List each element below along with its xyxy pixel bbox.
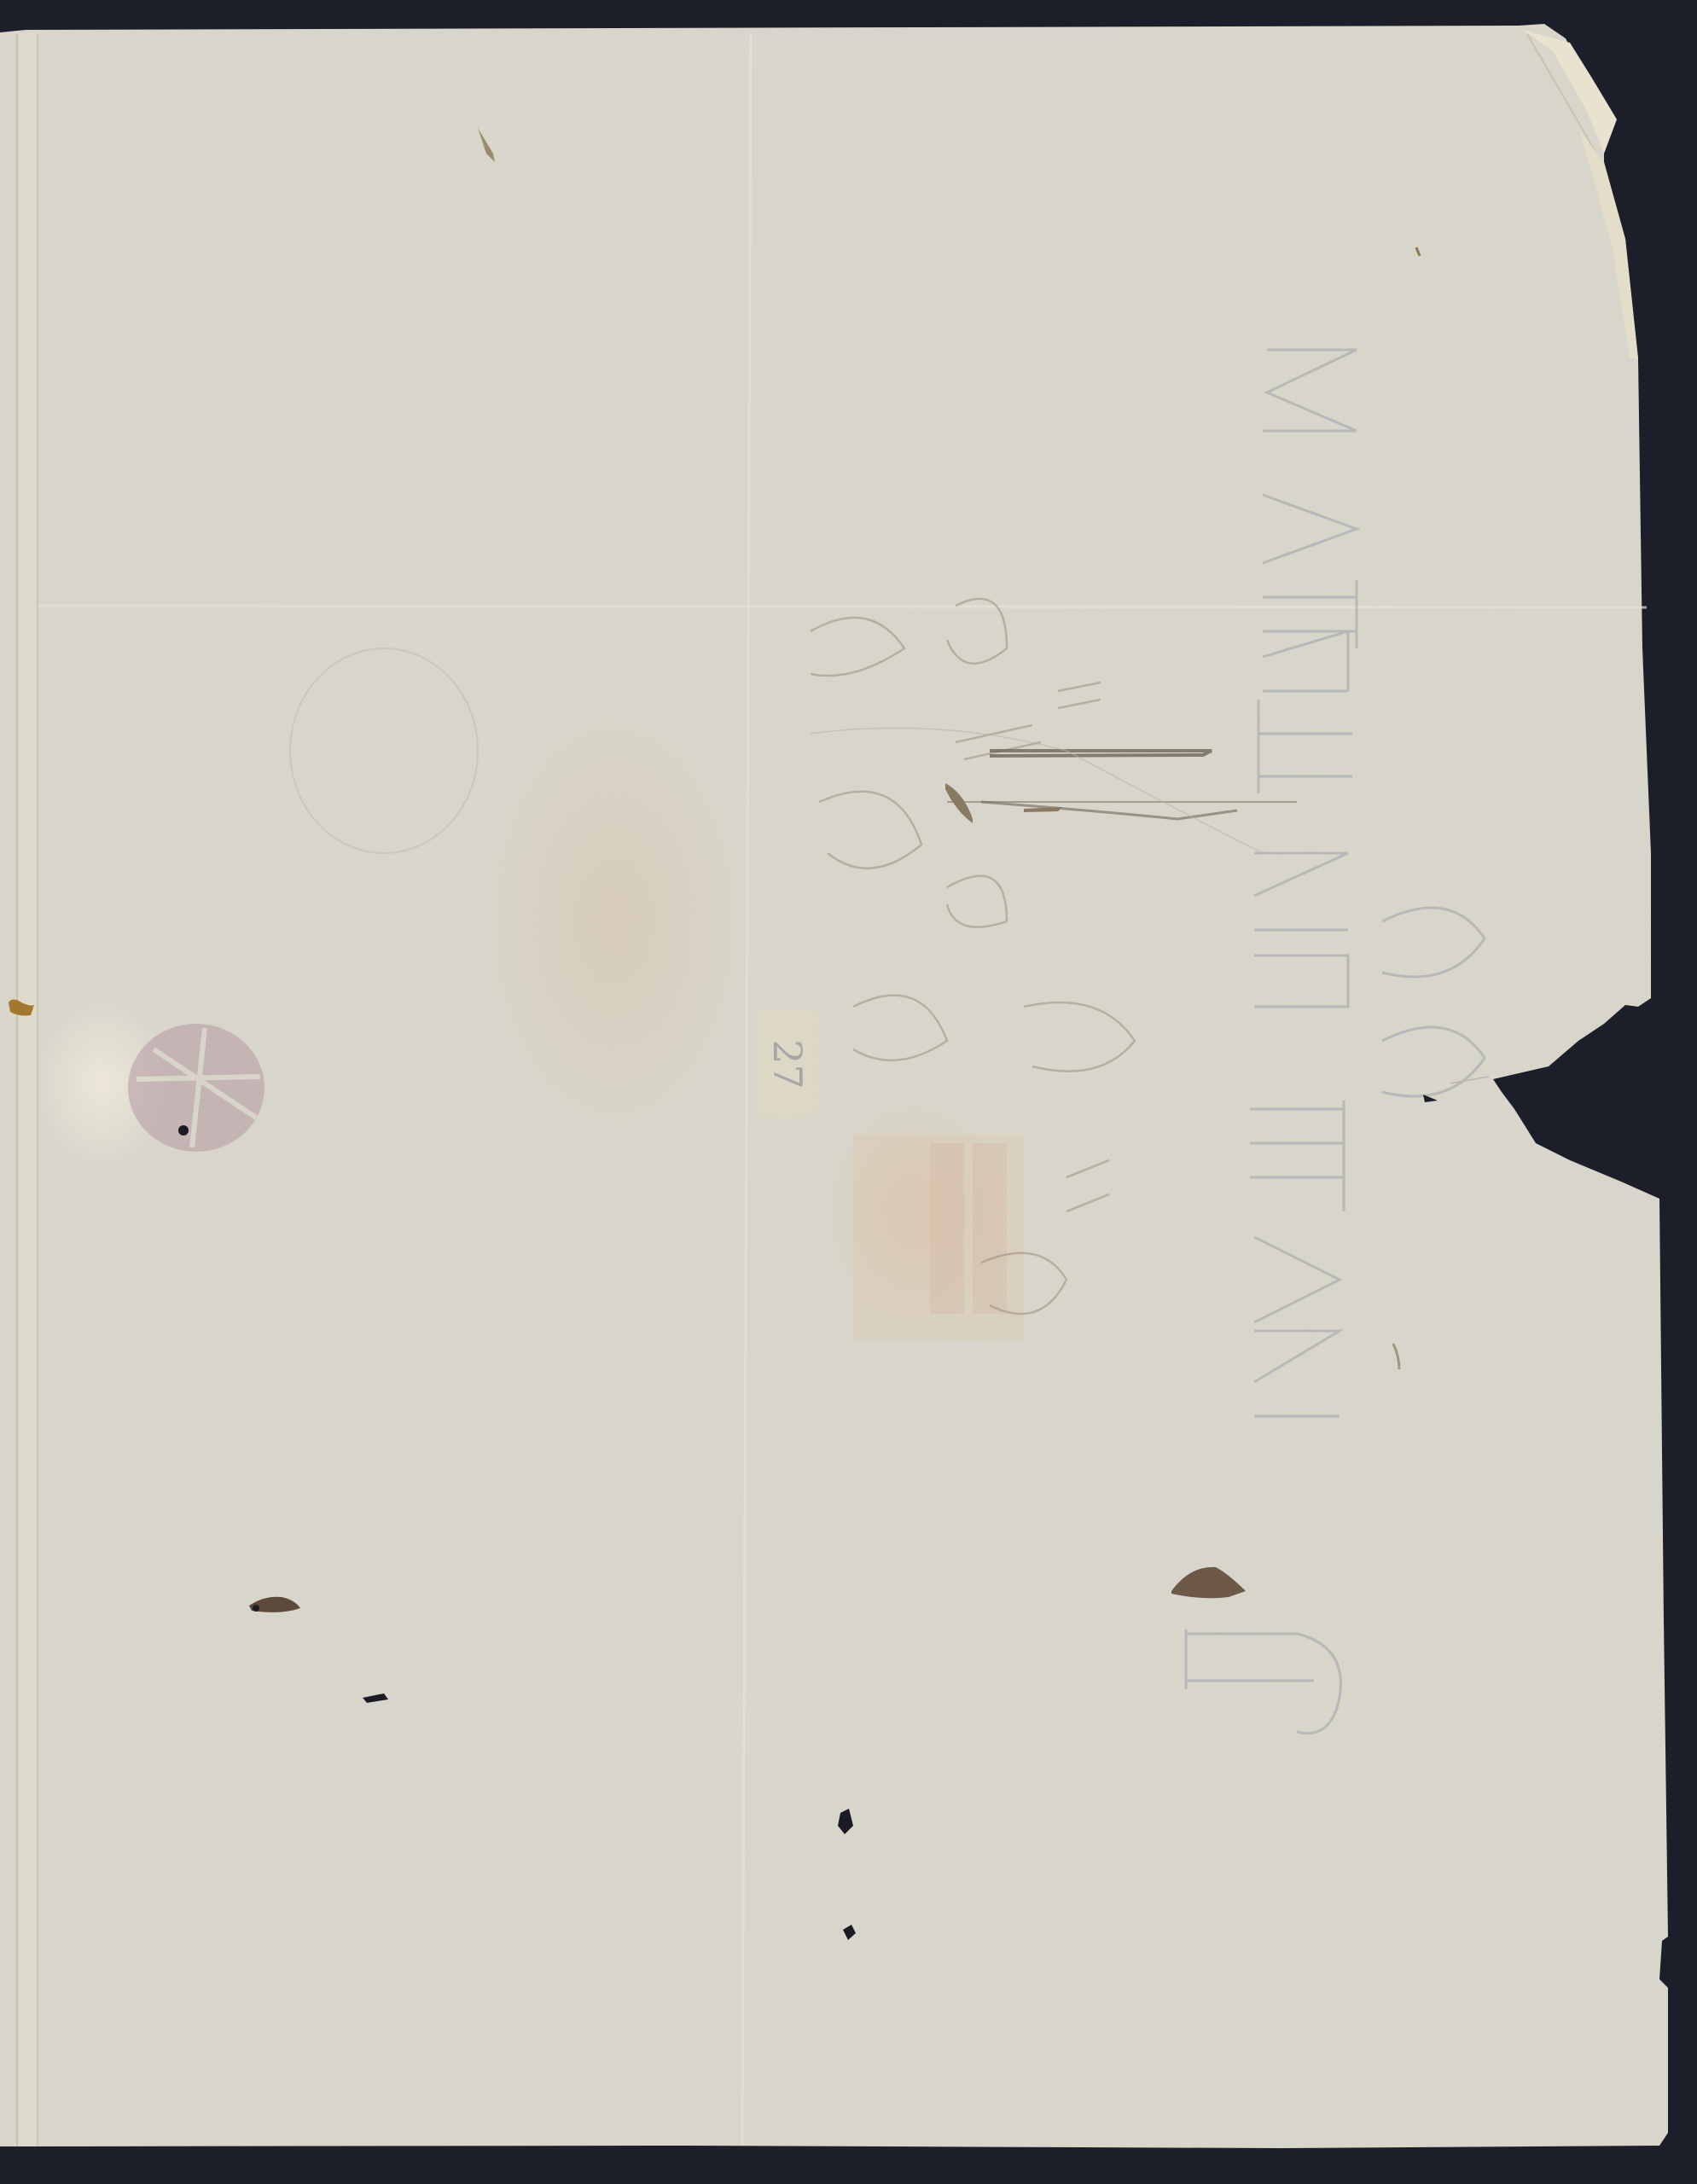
archive-number: 27	[758, 1011, 817, 1118]
paper-sheet	[0, 0, 1697, 2184]
archive-number-label: 27	[758, 1011, 817, 1118]
wax-seal-remnant	[128, 1024, 264, 1152]
horizontal-crease	[38, 606, 1647, 607]
left-fold-strip	[19, 32, 36, 2146]
